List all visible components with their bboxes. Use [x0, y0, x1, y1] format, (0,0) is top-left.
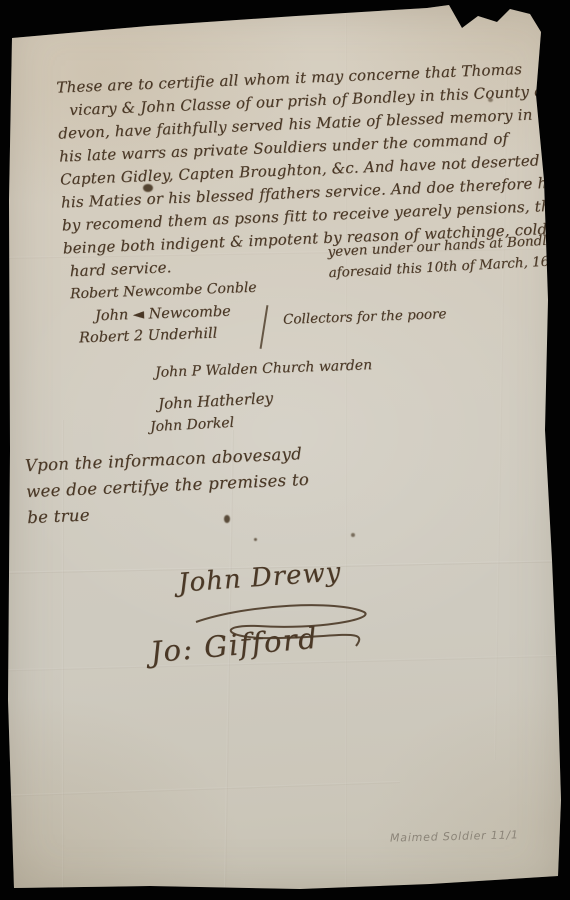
witness-collector1: John ◄ Newcombe: [95, 304, 231, 325]
witness-dorkel: John Dorkel: [150, 415, 235, 435]
collectors-bracket: [260, 305, 269, 349]
ink-blot: [254, 538, 257, 541]
witness-collector2: Robert 2 Underhill: [79, 326, 218, 347]
manuscript-photo: These are to certifie all whom it may co…: [0, 0, 570, 900]
witness-churchwarden: John P Walden Church warden: [155, 357, 373, 381]
fold-crease: [0, 781, 400, 797]
witness-hatherley: John Hatherley: [158, 389, 274, 413]
collectors-label: Collectors for the poore: [283, 306, 447, 328]
ink-blot: [351, 533, 355, 537]
signature-justice2: Jo: Gifford: [149, 621, 320, 670]
paper-sheet: These are to certifie all whom it may co…: [0, 0, 570, 900]
signature-justice1: John Drewy: [177, 557, 342, 598]
attestation-note: Vpon the informacon abovesayd wee doe ce…: [24, 441, 310, 531]
witness-constable: Robert Newcombe Conble: [70, 280, 257, 303]
pencil-catalog-note: Maimed Soldier 11/1: [390, 828, 519, 844]
